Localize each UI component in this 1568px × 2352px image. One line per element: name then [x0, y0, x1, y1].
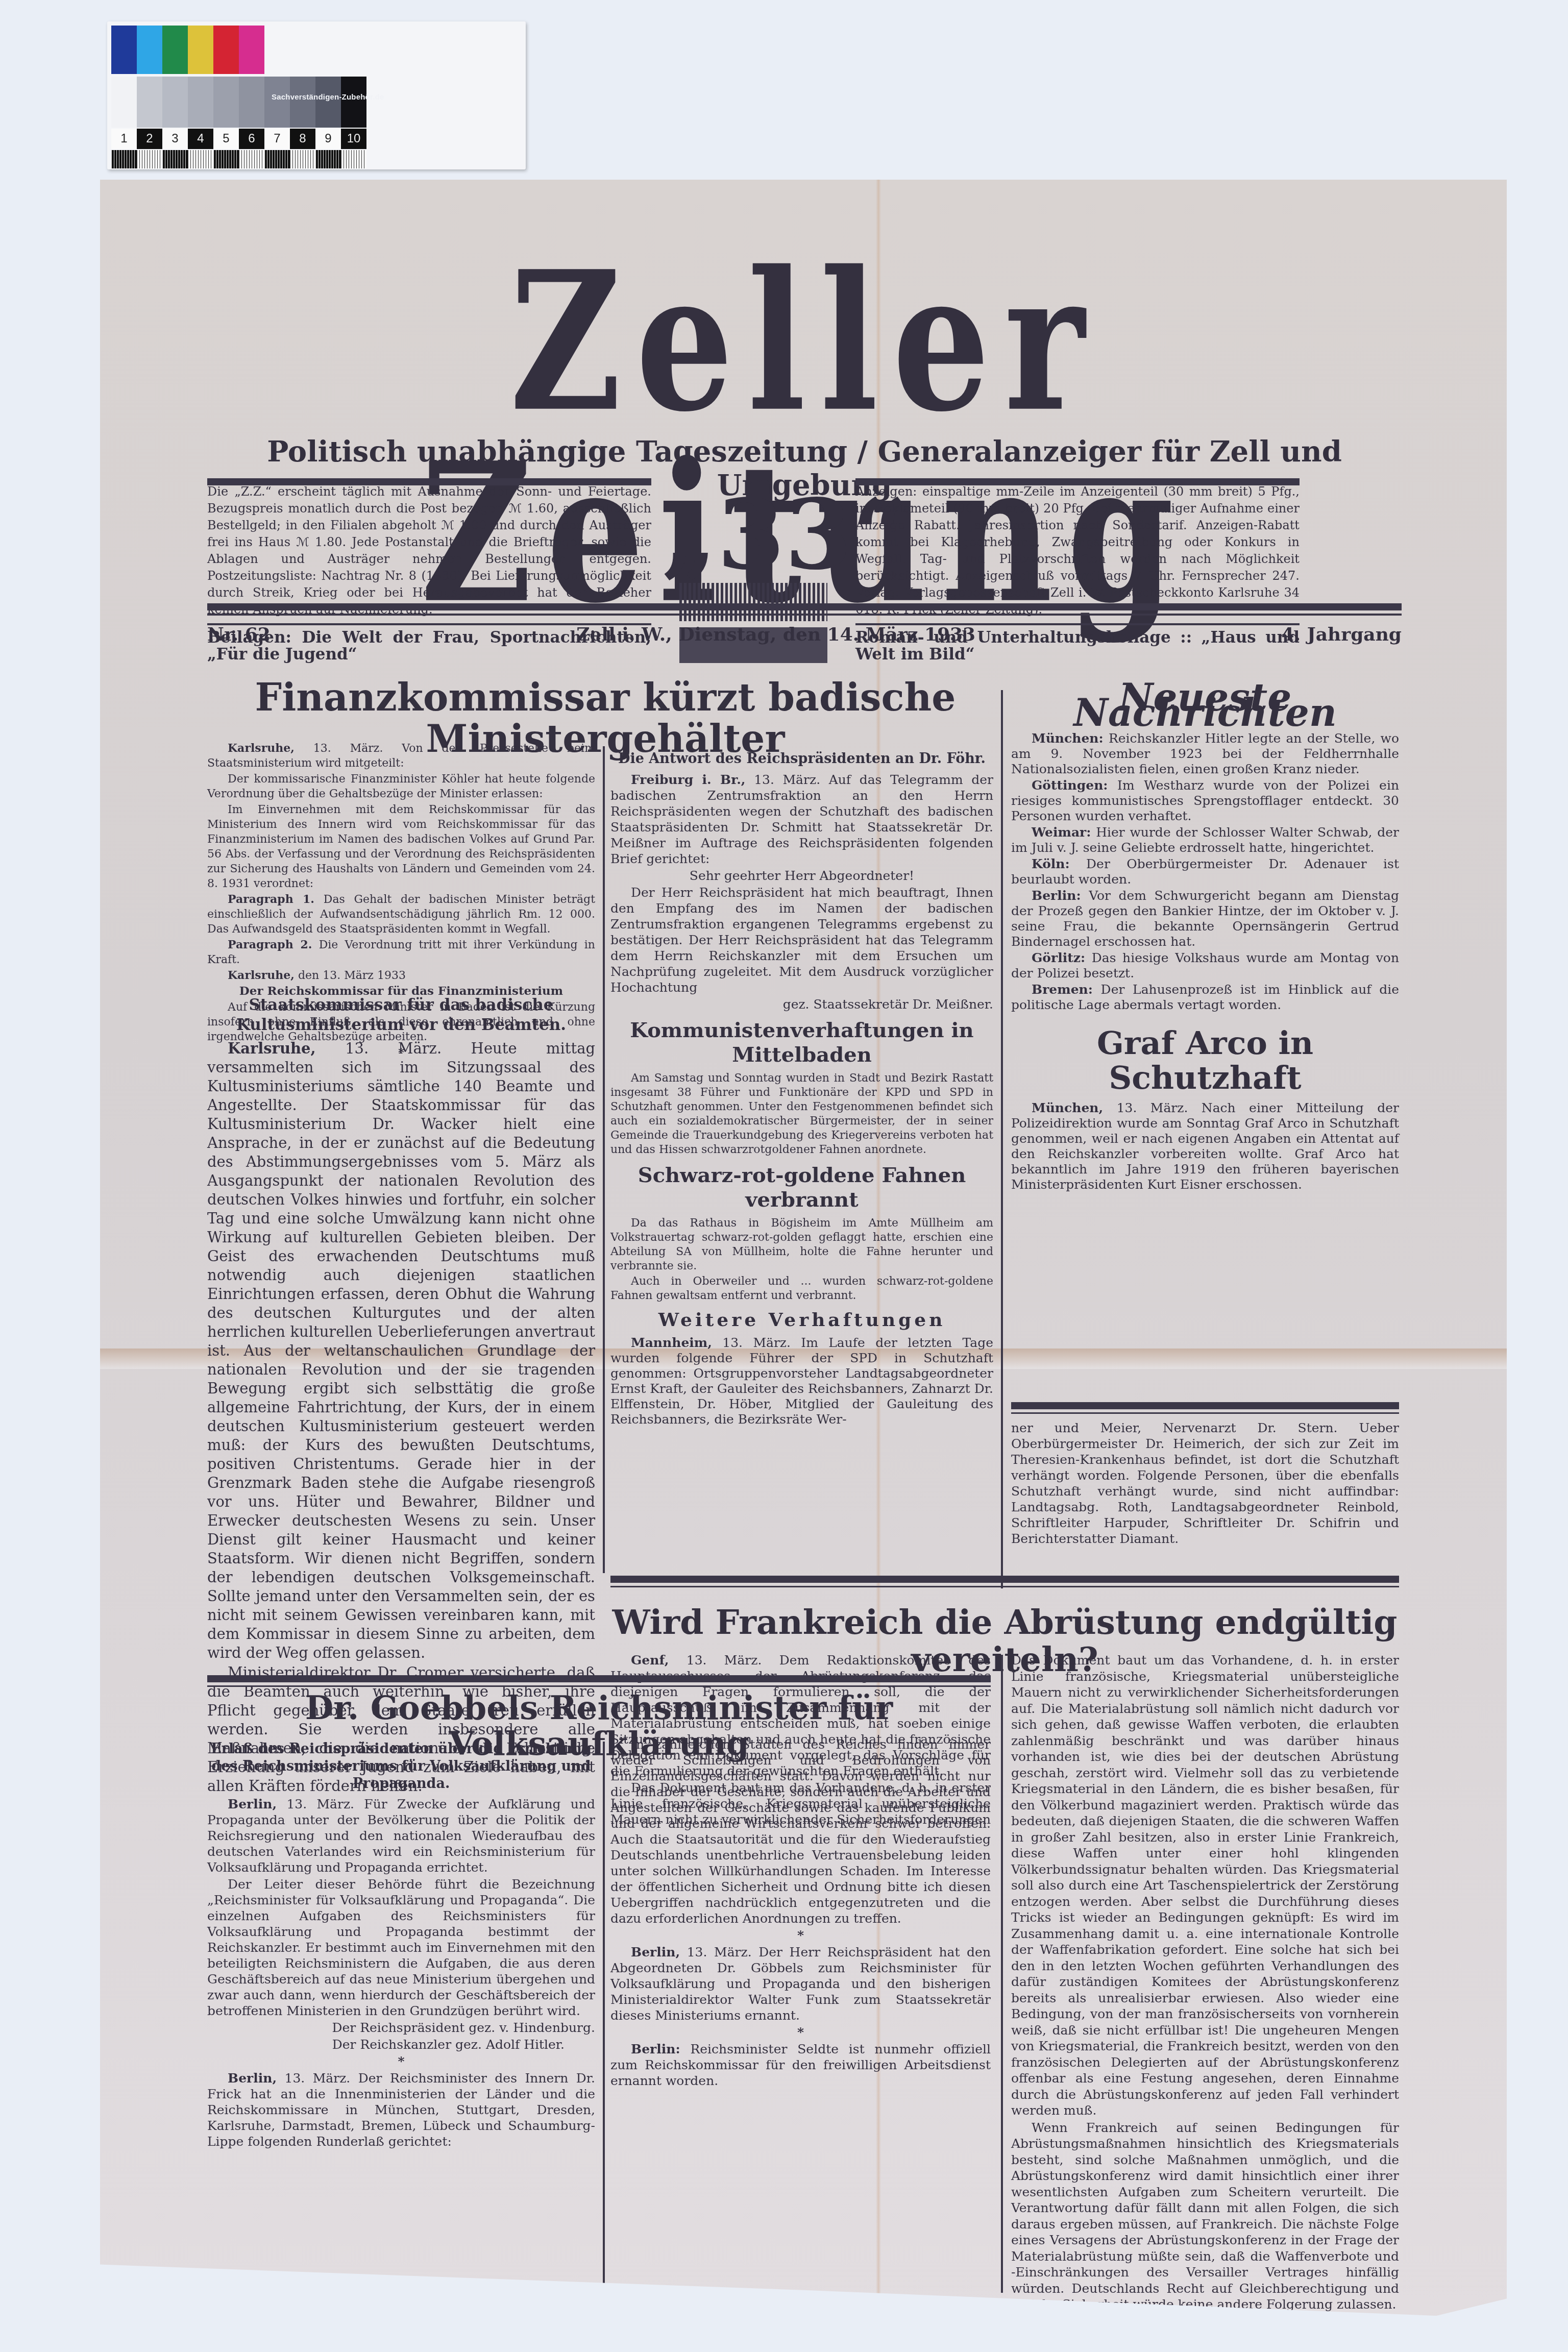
foehr-paragraph: Freiburg i. Br., 13. März. Auf das Teleg… [610, 772, 993, 867]
goebbels-subhead: Erlaß des Reichspräsidenten über die Err… [207, 1741, 595, 1792]
finanz-paragraph: Im Einvernehmen mit dem Reichskommissar … [207, 802, 595, 891]
ruler-number: 1 [111, 129, 137, 149]
ruler-tick-block [213, 150, 239, 168]
headline-kommunisten: Kommunistenverhaftungen in Mittelbaden [610, 1018, 993, 1067]
runderlass-text: In zahlreichen Städten des Reiches finde… [610, 1736, 991, 1926]
goebbels-paragraph: Berlin, 13. März. Für Zwecke der Aufklär… [207, 1796, 595, 1875]
separator-star: * [207, 2053, 595, 2069]
finanz-dateline: Karlsruhe, [228, 969, 295, 982]
finanz-paragraph: Der kommissarische Finanzminister Köhler… [207, 772, 595, 801]
gray-swatch [239, 77, 264, 128]
headline-foehr: Die Antwort des Reichspräsidenten an Dr.… [610, 750, 993, 768]
frankreich-dateline: Genf, [631, 1653, 669, 1668]
column-rule [1001, 1655, 1003, 2293]
gray-swatch [341, 77, 366, 128]
ruler-number: 6 [239, 129, 264, 149]
ruler-number: 3 [162, 129, 188, 149]
volume: 4. Jahrgang [1282, 624, 1402, 645]
column-rule [1001, 690, 1003, 1588]
finanz-paragraph: Paragraph 2. Die Verordnung tritt mit ih… [207, 938, 595, 967]
separator-star: * [610, 2024, 991, 2040]
fahnen-text-2: Auch in Oberweiler und ... wurden schwar… [610, 1275, 993, 1303]
color-swatch [315, 26, 341, 74]
color-swatch [213, 26, 239, 74]
news-item: München: Reichskanzler Hitler legte an d… [1011, 731, 1399, 777]
color-swatch [239, 26, 264, 74]
news-item-place: München: [1032, 731, 1104, 746]
frick-dateline: Berlin, [228, 2071, 277, 2086]
kultus-paragraph: Karlsruhe, 13. März. Heute mittag versam… [207, 1039, 595, 1662]
finanz-dateline: Paragraph 2. [228, 938, 312, 951]
separator-star: * [1011, 2314, 1399, 2330]
news-item-place: Göttingen: [1032, 778, 1108, 793]
ruler-number: 2 [137, 129, 162, 149]
news-item-place: Weimar: [1032, 825, 1091, 840]
section-rule [207, 1675, 991, 1682]
gray-swatch [162, 77, 188, 128]
newspaper-page: Zeller Zeitung Politisch unabhängige Tag… [100, 180, 1507, 2316]
section-rule [1011, 1402, 1399, 1409]
goebbels-dateline: Berlin, [228, 1797, 277, 1811]
news-item: Weimar: Hier wurde der Schlosser Walter … [1011, 825, 1399, 855]
ruler-number: 10 [341, 129, 366, 149]
signature-hindenburg: Der Reichspräsident gez. v. Hindenburg. [207, 2020, 595, 2036]
ruler-tick-block [290, 150, 315, 168]
color-swatch [188, 26, 213, 74]
article-goebbels-col2: In zahlreichen Städten des Reiches finde… [610, 1736, 991, 2090]
article-frankreich-col2: Das Dokument baut um das Vorhandene, d. … [1011, 1652, 1399, 2331]
headline-neueste-nachrichten: Neueste Nachrichten [1011, 690, 1399, 721]
gray-swatch [315, 77, 341, 128]
masthead-rule-thin [207, 614, 1402, 616]
advertising-text: Anzeigen: einspaltige mm-Zeile im Anzeig… [855, 483, 1300, 618]
ruler-tick-block [315, 150, 341, 168]
gray-swatch [290, 77, 315, 128]
article-foehr: Die Antwort des Reichspräsidenten an Dr.… [610, 746, 993, 1428]
news-item: Göttingen: Im Westharz wurde von der Pol… [1011, 778, 1399, 824]
news-item-place: Görlitz: [1032, 950, 1085, 965]
news-item: Köln: Der Oberbürgermeister Dr. Adenauer… [1011, 856, 1399, 887]
ruler-tick-block [162, 150, 188, 168]
kommunisten-text: Am Samstag und Sonntag wurden in Stadt u… [610, 1071, 993, 1157]
gray-swatches [111, 77, 366, 128]
goebbels-paragraph: Der Leiter dieser Behörde führt die Beze… [207, 1876, 595, 2019]
subscription-text: Die „Z.Z.“ erscheint täglich mit Ausnahm… [207, 483, 651, 618]
section-rule-thin [610, 1586, 1399, 1587]
ruler-tick-block [341, 150, 366, 168]
news-item: Bremen: Der Lahusenprozeß ist im Hinblic… [1011, 982, 1399, 1013]
color-swatch [162, 26, 188, 74]
headline-verhaftungen: Weitere Verhaftungen [610, 1309, 993, 1331]
headline-fahnen: Schwarz-rot-goldene Fahnen verbrannt [610, 1163, 993, 1212]
kultus-dateline: Karlsruhe, [228, 1040, 316, 1057]
ruler-number: 7 [264, 129, 290, 149]
section-rule [610, 1576, 1399, 1583]
article-neueste-nachrichten: Neueste Nachrichten München: Reichskanzl… [1011, 690, 1399, 1193]
ruler-ticks [111, 150, 366, 168]
separator-star: * [610, 1927, 991, 1943]
verhaftungen-dateline: Mannheim, [631, 1335, 712, 1350]
headline-kultusministerium: Staatskommissar für das badische Kultusm… [207, 995, 595, 1035]
ruler-number: 4 [188, 129, 213, 149]
frankreich-p2: Das Dokument baut um das Vorhandene, d. … [1011, 1652, 1399, 2119]
ruler-brand-label: Sachverständigen-Zubehör.de [272, 93, 384, 102]
news-item: Görlitz: Das hiesige Volkshaus wurde am … [1011, 950, 1399, 981]
finanz-dateline: Karlsruhe, [228, 742, 295, 755]
ruler-scale-numbers: 12345678910 [111, 129, 366, 149]
foehr-signature: gez. Staatssekretär Dr. Meißner. [610, 996, 993, 1012]
dateline-bar: Nr. 62 Zell i. W., Dienstag, den 14. Mär… [207, 624, 1402, 645]
signature-hitler: Der Reichskanzler gez. Adolf Hitler. [207, 2037, 595, 2052]
section-rule-thin [207, 1685, 991, 1687]
gray-swatch [188, 77, 213, 128]
ruler-tick-block [264, 150, 290, 168]
salutation: Sehr geehrter Herr Abgeordneter! [610, 868, 993, 884]
fahnen-text-1: Da das Rathaus in Bögisheim im Amte Müll… [610, 1216, 993, 1273]
color-swatch [264, 26, 290, 74]
foehr-dateline: Freiburg i. Br., [631, 772, 746, 787]
masthead-rule [207, 603, 1402, 610]
issue-date: Zell i. W., Dienstag, den 14. März 1933 [576, 624, 975, 645]
finanz-paragraph: Karlsruhe, 13. März. Von der Pressestell… [207, 741, 595, 771]
column-rule [603, 1742, 605, 2293]
color-swatches [111, 26, 366, 74]
ruler-tick-block [188, 150, 213, 168]
color-swatch [137, 26, 162, 74]
finanz-paragraph: Paragraph 1. Das Gehalt der badischen Mi… [207, 892, 595, 937]
news-item-place: Köln: [1032, 856, 1070, 871]
ruler-tick-block [239, 150, 264, 168]
article-goebbels-col1: Erlaß des Reichspräsidenten über die Err… [207, 1736, 595, 2150]
ruler-tick-block [111, 150, 137, 168]
news-item-place: Bremen: [1032, 982, 1093, 997]
ruler-number: 8 [290, 129, 315, 149]
seldte-dateline: Berlin: [631, 2042, 680, 2056]
verhaftungen-continuation: ner und Meier, Nervenarzt Dr. Stern. Ueb… [1011, 1420, 1399, 1548]
column-rule [603, 746, 605, 1573]
section-rule-thin [1011, 1412, 1399, 1414]
headline-graf-arco: Graf Arco in Schutzhaft [1011, 1026, 1399, 1095]
funk-dateline: Berlin, [631, 1945, 680, 1959]
ruler-number: 5 [213, 129, 239, 149]
gray-swatch [264, 77, 290, 128]
finanz-dateline: Paragraph 1. [228, 893, 314, 906]
finanz-paragraph: Karlsruhe, den 13. März 1933 [207, 968, 595, 983]
color-swatch [111, 26, 137, 74]
issue-number: Nr. 62 [207, 624, 271, 645]
ruler-tick-block [137, 150, 162, 168]
color-calibration-ruler: Sachverständigen-Zubehör.de 12345678910 [107, 21, 526, 169]
arco-dateline: München, [1032, 1100, 1103, 1115]
foehr-body: Der Herr Reichspräsident hat mich beauft… [610, 885, 993, 995]
color-swatch [341, 26, 366, 74]
emblem-33: „33“ [661, 486, 845, 583]
news-item-place: Berlin: [1032, 888, 1081, 903]
gray-swatch [137, 77, 162, 128]
gray-swatch [213, 77, 239, 128]
news-item: Berlin: Vor dem Schwurgericht begann am … [1011, 888, 1399, 949]
verhaftungen-continuation-text: ner und Meier, Nervenarzt Dr. Stern. Ueb… [1011, 1420, 1399, 1547]
frankreich-p3: Wenn Frankreich auf seinen Bedingungen f… [1011, 2120, 1399, 2313]
color-swatch [290, 26, 315, 74]
ruler-number: 9 [315, 129, 341, 149]
gray-swatch [111, 77, 137, 128]
